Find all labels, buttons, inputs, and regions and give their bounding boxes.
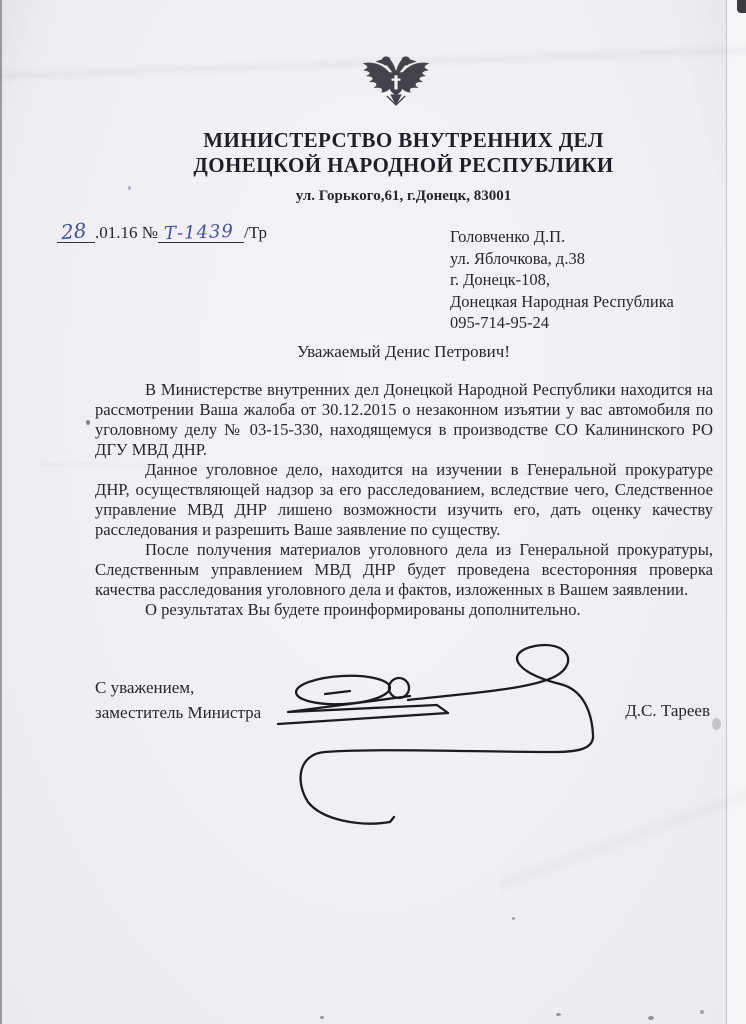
closing-line2: заместитель Министра (95, 701, 261, 726)
recipient-region: Донецкая Народная Республика (450, 291, 674, 313)
recipient-block: Головченко Д.П. ул. Яблочкова, д.38 г. Д… (450, 226, 674, 334)
reference-line: 28.01.16 №Т-1439/Тр (57, 222, 267, 243)
closing-block: С уважением, заместитель Министра (95, 676, 261, 725)
printed-date-part: .01.16 № (95, 223, 158, 242)
handwritten-number: Т-1439 (160, 222, 243, 244)
org-title-line2: ДОНЕЦКОЙ НАРОДНОЙ РЕСПУБЛИКИ (95, 153, 712, 178)
signer-name: Д.С. Тареев (625, 701, 710, 721)
closing-line1: С уважением, (95, 676, 261, 701)
reference-suffix: /Тр (244, 223, 267, 242)
scan-noise-speck (700, 1010, 704, 1014)
body-paragraph: После получения материалов уголовного де… (95, 540, 713, 600)
org-address: ул. Горького,61, г.Донецк, 83001 (95, 188, 712, 205)
body-paragraph: Данное уголовное дело, находится на изуч… (95, 460, 713, 540)
scan-noise-speck (556, 1013, 561, 1016)
handwritten-signature-icon (265, 636, 610, 836)
scan-smudge (712, 718, 721, 730)
letter-body: В Министерстве внутренних дел Донецкой Н… (95, 380, 713, 620)
recipient-name: Головченко Д.П. (450, 226, 674, 248)
recipient-city: г. Донецк-108, (450, 269, 674, 291)
handwritten-day: 28 (59, 221, 94, 243)
handwritten-number-field: Т-1439 (158, 223, 244, 243)
scan-corner-mark (737, 0, 746, 13)
salutation: Уважаемый Денис Петрович! (95, 342, 712, 362)
recipient-phone: 095-714-95-24 (450, 312, 674, 334)
org-title-line1: МИНИСТЕРСТВО ВНУТРЕННИХ ДЕЛ (95, 128, 712, 153)
org-title: МИНИСТЕРСТВО ВНУТРЕННИХ ДЕЛ ДОНЕЦКОЙ НАР… (95, 128, 712, 178)
body-paragraph: В Министерстве внутренних дел Донецкой Н… (95, 380, 713, 460)
handwritten-day-field: 28 (57, 222, 95, 243)
body-paragraph: О результатах Вы будете проинформированы… (95, 600, 713, 620)
scan-noise-speck (86, 420, 90, 425)
scan-noise-speck (648, 1016, 654, 1020)
scan-left-edge (0, 0, 2, 1024)
double-headed-eagle-icon (357, 50, 435, 116)
scan-noise-speck (320, 1016, 324, 1019)
scan-noise-speck (512, 917, 515, 920)
scanned-letter-page: МИНИСТЕРСТВО ВНУТРЕННИХ ДЕЛ ДОНЕЦКОЙ НАР… (0, 0, 746, 1024)
recipient-street: ул. Яблочкова, д.38 (450, 248, 674, 270)
